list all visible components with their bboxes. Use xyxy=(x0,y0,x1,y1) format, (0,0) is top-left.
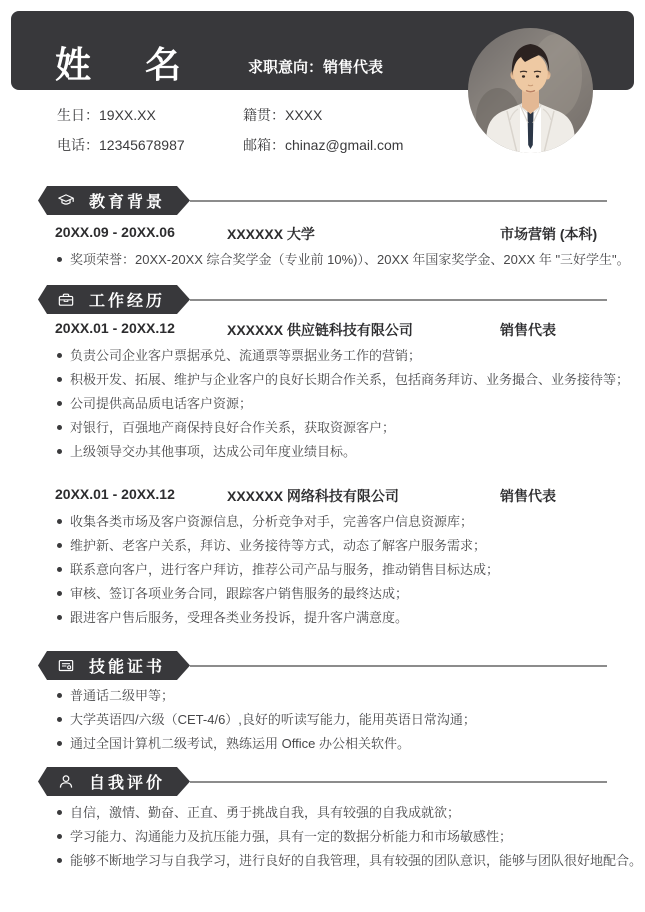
section-divider-line xyxy=(190,781,607,783)
hometown-label: 籍贯： xyxy=(243,107,285,123)
email-label: 邮箱： xyxy=(243,137,285,153)
education-entry-header: 20XX.09 - 20XX.06 XXXXXX 大学 市场营销 (本科) xyxy=(55,224,607,243)
education-header-row: 教育背景 xyxy=(38,186,607,215)
education-ribbon: 教育背景 xyxy=(38,186,190,215)
list-item: 上级领导交办其他事项，达成公司年度业绩目标。 xyxy=(55,443,607,460)
list-item: 自信，激情、勤奋、正直、勇于挑战自我，具有较强的自我成就欲； xyxy=(55,804,607,821)
hometown-field: 籍贯：XXXX xyxy=(243,105,403,125)
list-item: 公司提供高品质电话客户资源； xyxy=(55,395,607,412)
self-evaluation-header-row: 自我评价 xyxy=(38,767,607,796)
portrait-illustration xyxy=(468,28,593,153)
job-bullets: 收集各类市场及客户资源信息，分析竞争对手，完善客户信息资源库； 维护新、老客户关… xyxy=(55,513,607,626)
list-item: 普通话二级甲等； xyxy=(55,687,607,704)
email-field: 邮箱：chinaz@gmail.com xyxy=(243,135,403,155)
list-item: 对银行，百强地产商保持良好合作关系，获取资源客户； xyxy=(55,419,607,436)
birthday-value: 19XX.XX xyxy=(99,107,156,123)
education-bullets: 奖项荣誉：20XX-20XX 综合奖学金（专业前 10%)）、20XX 年国家奖… xyxy=(55,251,607,268)
section-skills: 技能证书 普通话二级甲等； 大学英语四/六级（CET-4/6）,良好的听读写能力… xyxy=(38,651,607,752)
section-work-experience: 工作经历 20XX.01 - 20XX.12 XXXXXX 供应链科技有限公司 … xyxy=(38,285,607,626)
education-major: 市场营销 (本科) xyxy=(500,224,597,244)
job-company: XXXXXX 网络科技有限公司 xyxy=(227,486,399,506)
section-divider-line xyxy=(190,200,607,202)
education-date: 20XX.09 - 20XX.06 xyxy=(55,224,175,240)
job-position: 销售代表 xyxy=(500,320,556,340)
list-item: 审核、签订各项业务合同，跟踪客户销售服务的最终达成； xyxy=(55,585,607,602)
job-date: 20XX.01 - 20XX.12 xyxy=(55,320,175,336)
list-item: 通过全国计算机二级考试，熟练运用 Office 办公相关软件。 xyxy=(55,735,607,752)
list-item: 收集各类市场及客户资源信息，分析竞争对手，完善客户信息资源库； xyxy=(55,513,607,530)
section-education: 教育背景 20XX.09 - 20XX.06 XXXXXX 大学 市场营销 (本… xyxy=(38,186,607,268)
list-item: 维护新、老客户关系，拜访、业务接待等方式，动态了解客户服务需求； xyxy=(55,537,607,554)
birthday-label: 生日： xyxy=(57,107,99,123)
job-entry-header: 20XX.01 - 20XX.12 XXXXXX 供应链科技有限公司 销售代表 xyxy=(55,320,607,339)
list-item: 奖项荣誉：20XX-20XX 综合奖学金（专业前 10%)）、20XX 年国家奖… xyxy=(55,251,607,268)
job-position: 销售代表 xyxy=(500,486,556,506)
skills-bullets: 普通话二级甲等； 大学英语四/六级（CET-4/6）,良好的听读写能力，能用英语… xyxy=(55,687,607,752)
list-item: 学习能力、沟通能力及抗压能力强，具有一定的数据分析能力和市场敏感性； xyxy=(55,828,607,845)
hometown-value: XXXX xyxy=(285,107,322,123)
list-item: 大学英语四/六级（CET-4/6）,良好的听读写能力，能用英语日常沟通； xyxy=(55,711,607,728)
work-ribbon: 工作经历 xyxy=(38,285,190,314)
education-school: XXXXXX 大学 xyxy=(227,224,315,244)
profile-photo xyxy=(468,28,593,153)
list-item: 跟进客户售后服务，受理各类业务投诉，提升客户满意度。 xyxy=(55,609,607,626)
self-evaluation-ribbon: 自我评价 xyxy=(38,767,190,796)
skills-title: 技能证书 xyxy=(89,654,165,677)
education-content: 20XX.09 - 20XX.06 XXXXXX 大学 市场营销 (本科) 奖项… xyxy=(38,224,607,268)
phone-field: 电话：12345678987 xyxy=(57,135,243,155)
self-evaluation-title: 自我评价 xyxy=(89,770,165,793)
job-date: 20XX.01 - 20XX.12 xyxy=(55,486,175,502)
candidate-name: 姓 名 xyxy=(55,47,190,83)
certificate-icon xyxy=(57,657,75,675)
phone-label: 电话： xyxy=(57,137,99,153)
self-evaluation-content: 自信，激情、勤奋、正直、勇于挑战自我，具有较强的自我成就欲； 学习能力、沟通能力… xyxy=(38,804,607,869)
skills-content: 普通话二级甲等； 大学英语四/六级（CET-4/6）,良好的听读写能力，能用英语… xyxy=(38,687,607,752)
work-content: 20XX.01 - 20XX.12 XXXXXX 供应链科技有限公司 销售代表 … xyxy=(38,320,607,626)
job-intent: 求职意向：销售代表 xyxy=(248,56,383,77)
phone-value: 12345678987 xyxy=(99,137,185,153)
work-header-row: 工作经历 xyxy=(38,285,607,314)
self-evaluation-bullets: 自信，激情、勤奋、正直、勇于挑战自我，具有较强的自我成就欲； 学习能力、沟通能力… xyxy=(55,804,607,869)
list-item: 能够不断地学习与自我学习，进行良好的自我管理，具有较强的团队意识，能够与团队很好… xyxy=(55,852,607,869)
skills-header-row: 技能证书 xyxy=(38,651,607,680)
job-entry-header: 20XX.01 - 20XX.12 XXXXXX 网络科技有限公司 销售代表 xyxy=(55,486,607,505)
email-value: chinaz@gmail.com xyxy=(285,137,403,153)
education-title: 教育背景 xyxy=(89,189,165,212)
graduation-cap-icon xyxy=(57,192,75,210)
job-company: XXXXXX 供应链科技有限公司 xyxy=(227,320,413,340)
birthday-field: 生日：19XX.XX xyxy=(57,105,243,125)
section-self-evaluation: 自我评价 自信，激情、勤奋、正直、勇于挑战自我，具有较强的自我成就欲； 学习能力… xyxy=(38,767,607,869)
section-divider-line xyxy=(190,665,607,667)
job-bullets: 负责公司企业客户票据承兑、流通票等票据业务工作的营销； 积极开发、拓展、维护与企… xyxy=(55,347,607,460)
list-item: 积极开发、拓展、维护与企业客户的良好长期合作关系，包括商务拜访、业务撮合、业务接… xyxy=(55,371,607,388)
briefcase-icon xyxy=(57,291,75,309)
contact-info: 生日：19XX.XX 籍贯：XXXX 电话：12345678987 邮箱：chi… xyxy=(57,105,403,155)
skills-ribbon: 技能证书 xyxy=(38,651,190,680)
work-title: 工作经历 xyxy=(89,288,165,311)
list-item: 联系意向客户，进行客户拜访，推荐公司产品与服务，推动销售目标达成； xyxy=(55,561,607,578)
list-item: 负责公司企业客户票据承兑、流通票等票据业务工作的营销； xyxy=(55,347,607,364)
resume-page: { "header": { "name": "姓 名", "job_intent… xyxy=(0,0,645,912)
person-icon xyxy=(57,773,75,791)
section-divider-line xyxy=(190,299,607,301)
